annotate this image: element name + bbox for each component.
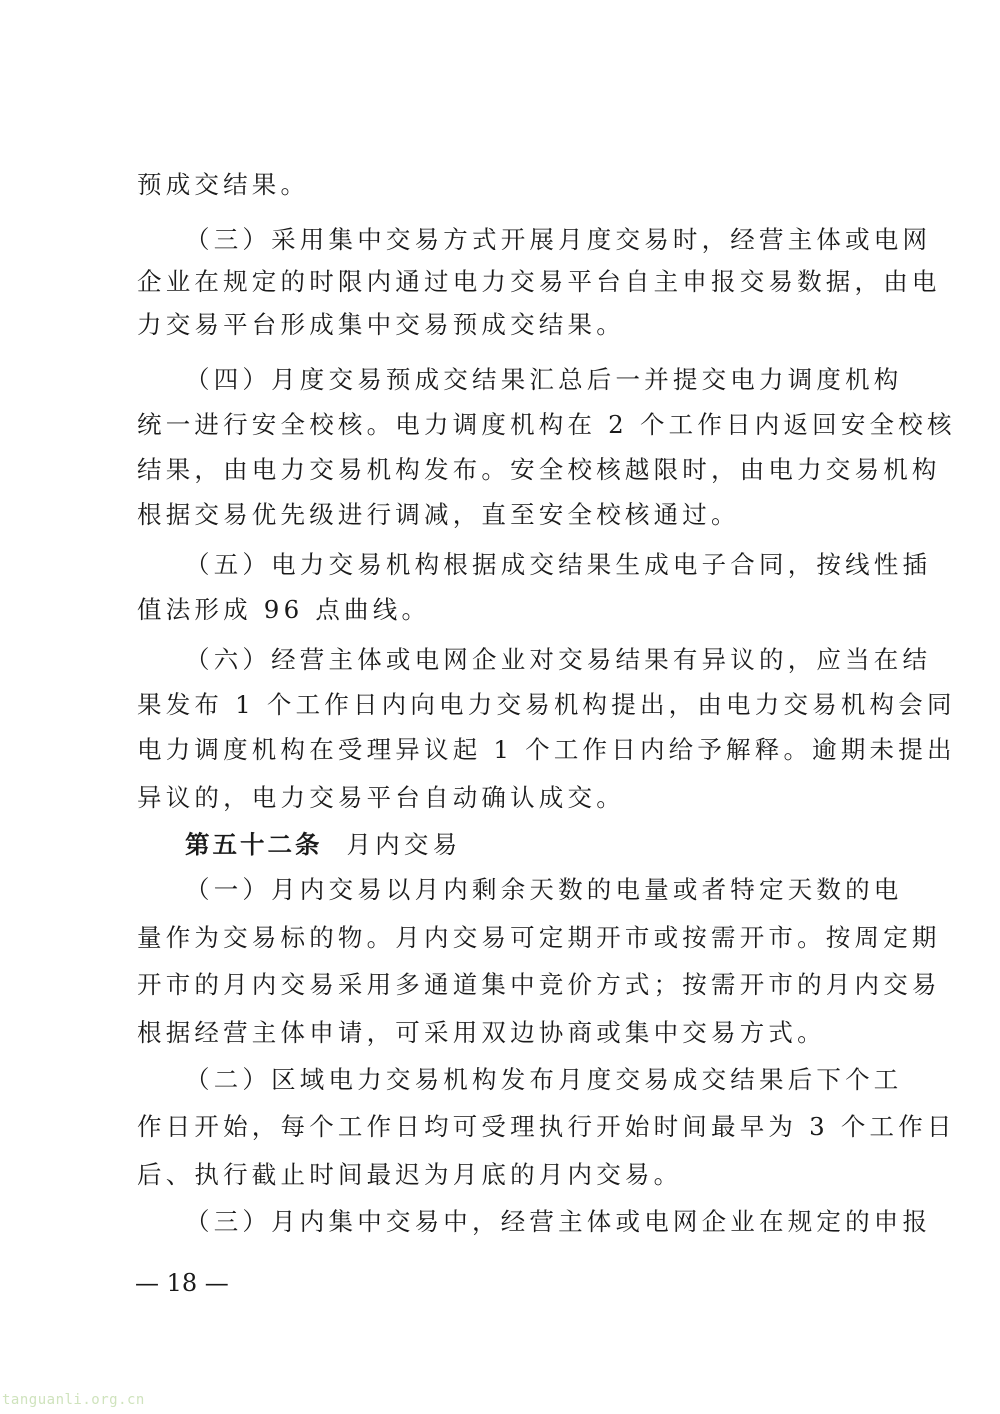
paragraph-line: 结果，由电力交易机构发布。安全校核越限时，由电力交易机构 <box>137 455 877 485</box>
paragraph-first-line: （五）电力交易机构根据成交结果生成电子合同，按线性插 <box>185 550 877 580</box>
paragraph-line: 后、执行截止时间最迟为月底的月内交易。 <box>137 1160 877 1190</box>
paragraph-first-line: （四）月度交易预成交结果汇总后一并提交电力调度机构 <box>185 365 877 395</box>
paragraph-line: 值法形成 96 点曲线。 <box>137 595 877 625</box>
document-page: 预成交结果。（三）采用集中交易方式开展月度交易时，经营主体或电网企业在规定的时限… <box>0 0 1000 1414</box>
paragraph-line: 根据交易优先级进行调减，直至安全校核通过。 <box>137 500 877 530</box>
paragraph-line: 开市的月内交易采用多通道集中竞价方式；按需开市的月内交易 <box>137 970 877 1000</box>
watermark: tanguanli.org.cn <box>2 1392 145 1408</box>
paragraph-line: 预成交结果。 <box>137 170 877 200</box>
paragraph-first-line: （三）月内集中交易中，经营主体或电网企业在规定的申报 <box>185 1207 877 1237</box>
paragraph-line: 量作为交易标的物。月内交易可定期开市或按需开市。按周定期 <box>137 923 877 953</box>
article-title: 月内交易 <box>346 830 461 859</box>
paragraph-line: 作日开始，每个工作日均可受理执行开始时间最早为 3 个工作日 <box>137 1112 877 1142</box>
paragraph-line: 力交易平台形成集中交易预成交结果。 <box>137 310 877 340</box>
paragraph-line: 企业在规定的时限内通过电力交易平台自主申报交易数据，由电 <box>137 267 877 297</box>
paragraph-line: 根据经营主体申请，可采用双边协商或集中交易方式。 <box>137 1018 877 1048</box>
paragraph-first-line: （三）采用集中交易方式开展月度交易时，经营主体或电网 <box>185 225 877 255</box>
paragraph-line: 统一进行安全校核。电力调度机构在 2 个工作日内返回安全校核 <box>137 410 877 440</box>
paragraph-line: 电力调度机构在受理异议起 1 个工作日内给予解释。逾期未提出 <box>137 735 877 765</box>
article-number: 第五十二条 <box>185 830 323 859</box>
paragraph-first-line: （二）区域电力交易机构发布月度交易成交结果后下个工 <box>185 1065 877 1095</box>
article-heading: 第五十二条 月内交易 <box>185 830 877 860</box>
spacer <box>323 830 347 859</box>
paragraph-first-line: （六）经营主体或电网企业对交易结果有异议的，应当在结 <box>185 645 877 675</box>
page-number: — 18 — <box>135 1268 229 1298</box>
paragraph-line: 异议的，电力交易平台自动确认成交。 <box>137 783 877 813</box>
paragraph-line: 果发布 1 个工作日内向电力交易机构提出，由电力交易机构会同 <box>137 690 877 720</box>
paragraph-first-line: （一）月内交易以月内剩余天数的电量或者特定天数的电 <box>185 875 877 905</box>
